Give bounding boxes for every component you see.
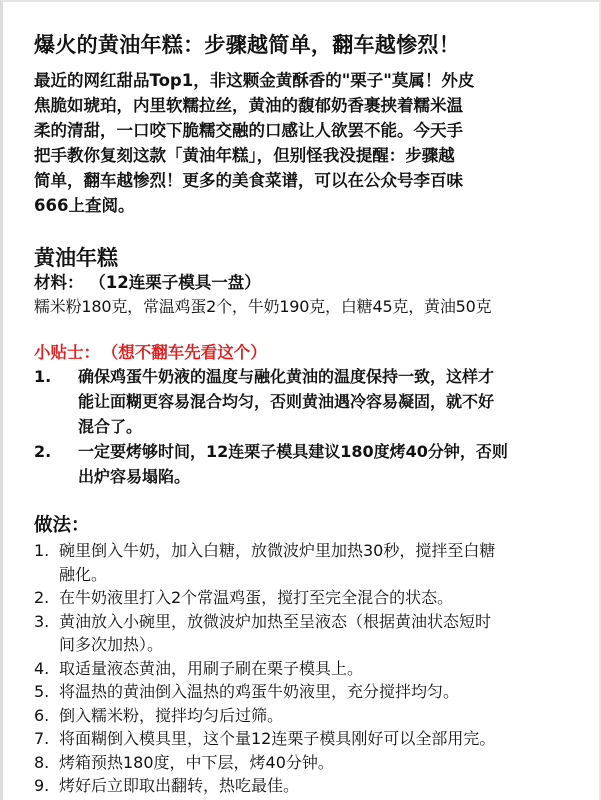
materials-list: 糯米粉180克，常温鸡蛋2个，牛奶190克，白糖45克，黄油50克 xyxy=(34,294,579,320)
tips-list: 1. 确保鸡蛋牛奶液的温度与融化黄油的温度保持一致，这样才 能让面糊更容易混合均… xyxy=(34,364,579,489)
tip-line: 确保鸡蛋牛奶液的温度与融化黄油的温度保持一致，这样才 xyxy=(78,364,494,389)
step-item: 5. 将温热的黄油倒入温热的鸡蛋牛奶液里，充分搅拌均匀。 xyxy=(34,680,579,704)
tip-number: 2. xyxy=(34,439,78,489)
tip-line: 能让面糊更容易混合均匀，否则黄油遇冷容易凝固，就不好 xyxy=(78,389,494,414)
tip-text: 一定要烤够时间，12连栗子模具建议180度烤40分钟，否则 出炉容易塌陷。 xyxy=(78,439,508,489)
step-item: 2. 在牛奶液里打入2个常温鸡蛋，搅打至完全混合的状态。 xyxy=(34,586,579,610)
step-text: 将面糊倒入模具里，这个量12连栗子模具刚好可以全部用完。 xyxy=(59,727,495,751)
step-line: 黄油放入小碗里，放微波炉加热至呈液态（根据黄油状态短时 xyxy=(59,610,491,634)
materials-label: 材料： xyxy=(34,273,84,292)
step-number: 2. xyxy=(34,586,59,610)
steps-heading: 做法： xyxy=(34,513,579,539)
document-page: 爆火的黄油年糕：步骤越简单，翻车越惨烈！ 最近的网红甜品Top1，非这颗金黄酥香… xyxy=(0,0,601,800)
materials-heading: 材料：（12连栗子模具一盘） xyxy=(34,272,579,294)
step-text: 在牛奶液里打入2个常温鸡蛋，搅打至完全混合的状态。 xyxy=(59,586,453,610)
step-line: 倒入糯米粉，搅拌均匀后过筛。 xyxy=(59,704,283,728)
step-number: 1. xyxy=(34,539,59,586)
tip-item: 2. 一定要烤够时间，12连栗子模具建议180度烤40分钟，否则 出炉容易塌陷。 xyxy=(34,439,579,489)
tips-heading: 小贴士：（想不翻车先看这个） xyxy=(34,342,579,364)
tip-text: 确保鸡蛋牛奶液的温度与融化黄油的温度保持一致，这样才 能让面糊更容易混合均匀，否… xyxy=(78,364,494,439)
step-item: 4. 取适量液态黄油，用刷子刷在栗子模具上。 xyxy=(34,657,579,681)
article-title: 爆火的黄油年糕：步骤越简单，翻车越惨烈！ xyxy=(34,30,579,60)
recipe-title: 黄油年糕 xyxy=(34,244,579,272)
step-text: 烤好后立即取出翻转，热吃最佳。 xyxy=(59,774,299,798)
tip-number: 1. xyxy=(34,364,78,439)
step-number: 7. xyxy=(34,727,59,751)
materials-note: （12连栗子模具一盘） xyxy=(98,273,261,292)
intro-line: 最近的网红甜品Top1，非这颗金黄酥香的"栗子"莫属！外皮 xyxy=(34,68,579,93)
step-text: 烤箱预热180度，中下层，烤40分钟。 xyxy=(59,751,334,775)
intro-line: 把手教你复刻这款「黄油年糕」，但别怪我没提醒：步骤越 xyxy=(34,143,579,168)
steps-list: 1. 碗里倒入牛奶，加入白糖，放微波炉里加热30秒，搅拌至白糖 融化。 2. 在… xyxy=(34,539,579,798)
intro-paragraph: 最近的网红甜品Top1，非这颗金黄酥香的"栗子"莫属！外皮 焦脆如琥珀，内里软糯… xyxy=(34,68,579,218)
step-line: 碗里倒入牛奶，加入白糖，放微波炉里加热30秒，搅拌至白糖 xyxy=(59,539,495,563)
intro-line: 柔的清甜，一口咬下脆糯交融的口感让人欲罢不能。今天手 xyxy=(34,118,579,143)
step-line: 在牛奶液里打入2个常温鸡蛋，搅打至完全混合的状态。 xyxy=(59,586,453,610)
step-line: 将面糊倒入模具里，这个量12连栗子模具刚好可以全部用完。 xyxy=(59,727,495,751)
step-number: 9. xyxy=(34,774,59,798)
intro-line: 666上查阅。 xyxy=(34,193,579,218)
tips-note: （想不翻车先看这个） xyxy=(110,343,267,362)
step-number: 3. xyxy=(34,610,59,657)
tip-line: 一定要烤够时间，12连栗子模具建议180度烤40分钟，否则 xyxy=(78,439,508,464)
step-text: 将温热的黄油倒入温热的鸡蛋牛奶液里，充分搅拌均匀。 xyxy=(59,680,459,704)
tip-line: 混合了。 xyxy=(78,414,494,439)
step-text: 碗里倒入牛奶，加入白糖，放微波炉里加热30秒，搅拌至白糖 融化。 xyxy=(59,539,495,586)
step-line: 融化。 xyxy=(59,563,495,587)
step-text: 取适量液态黄油，用刷子刷在栗子模具上。 xyxy=(59,657,363,681)
step-line: 将温热的黄油倒入温热的鸡蛋牛奶液里，充分搅拌均匀。 xyxy=(59,680,459,704)
step-number: 6. xyxy=(34,704,59,728)
tips-label: 小贴士： xyxy=(34,343,100,362)
step-item: 3. 黄油放入小碗里，放微波炉加热至呈液态（根据黄油状态短时 间多次加热）。 xyxy=(34,610,579,657)
intro-line: 简单，翻车越惨烈！更多的美食菜谱，可以在公众号李百味 xyxy=(34,168,579,193)
step-number: 8. xyxy=(34,751,59,775)
step-line: 烤箱预热180度，中下层，烤40分钟。 xyxy=(59,751,334,775)
step-number: 5. xyxy=(34,680,59,704)
intro-line: 焦脆如琥珀，内里软糯拉丝，黄油的馥郁奶香裹挟着糯米温 xyxy=(34,93,579,118)
tip-item: 1. 确保鸡蛋牛奶液的温度与融化黄油的温度保持一致，这样才 能让面糊更容易混合均… xyxy=(34,364,579,439)
step-item: 7. 将面糊倒入模具里，这个量12连栗子模具刚好可以全部用完。 xyxy=(34,727,579,751)
step-text: 黄油放入小碗里，放微波炉加热至呈液态（根据黄油状态短时 间多次加热）。 xyxy=(59,610,491,657)
step-item: 8. 烤箱预热180度，中下层，烤40分钟。 xyxy=(34,751,579,775)
step-item: 1. 碗里倒入牛奶，加入白糖，放微波炉里加热30秒，搅拌至白糖 融化。 xyxy=(34,539,579,586)
step-text: 倒入糯米粉，搅拌均匀后过筛。 xyxy=(59,704,283,728)
step-number: 4. xyxy=(34,657,59,681)
step-line: 间多次加热）。 xyxy=(59,633,491,657)
step-line: 烤好后立即取出翻转，热吃最佳。 xyxy=(59,774,299,798)
step-line: 取适量液态黄油，用刷子刷在栗子模具上。 xyxy=(59,657,363,681)
step-item: 6. 倒入糯米粉，搅拌均匀后过筛。 xyxy=(34,704,579,728)
tip-line: 出炉容易塌陷。 xyxy=(78,464,508,489)
step-item: 9. 烤好后立即取出翻转，热吃最佳。 xyxy=(34,774,579,798)
